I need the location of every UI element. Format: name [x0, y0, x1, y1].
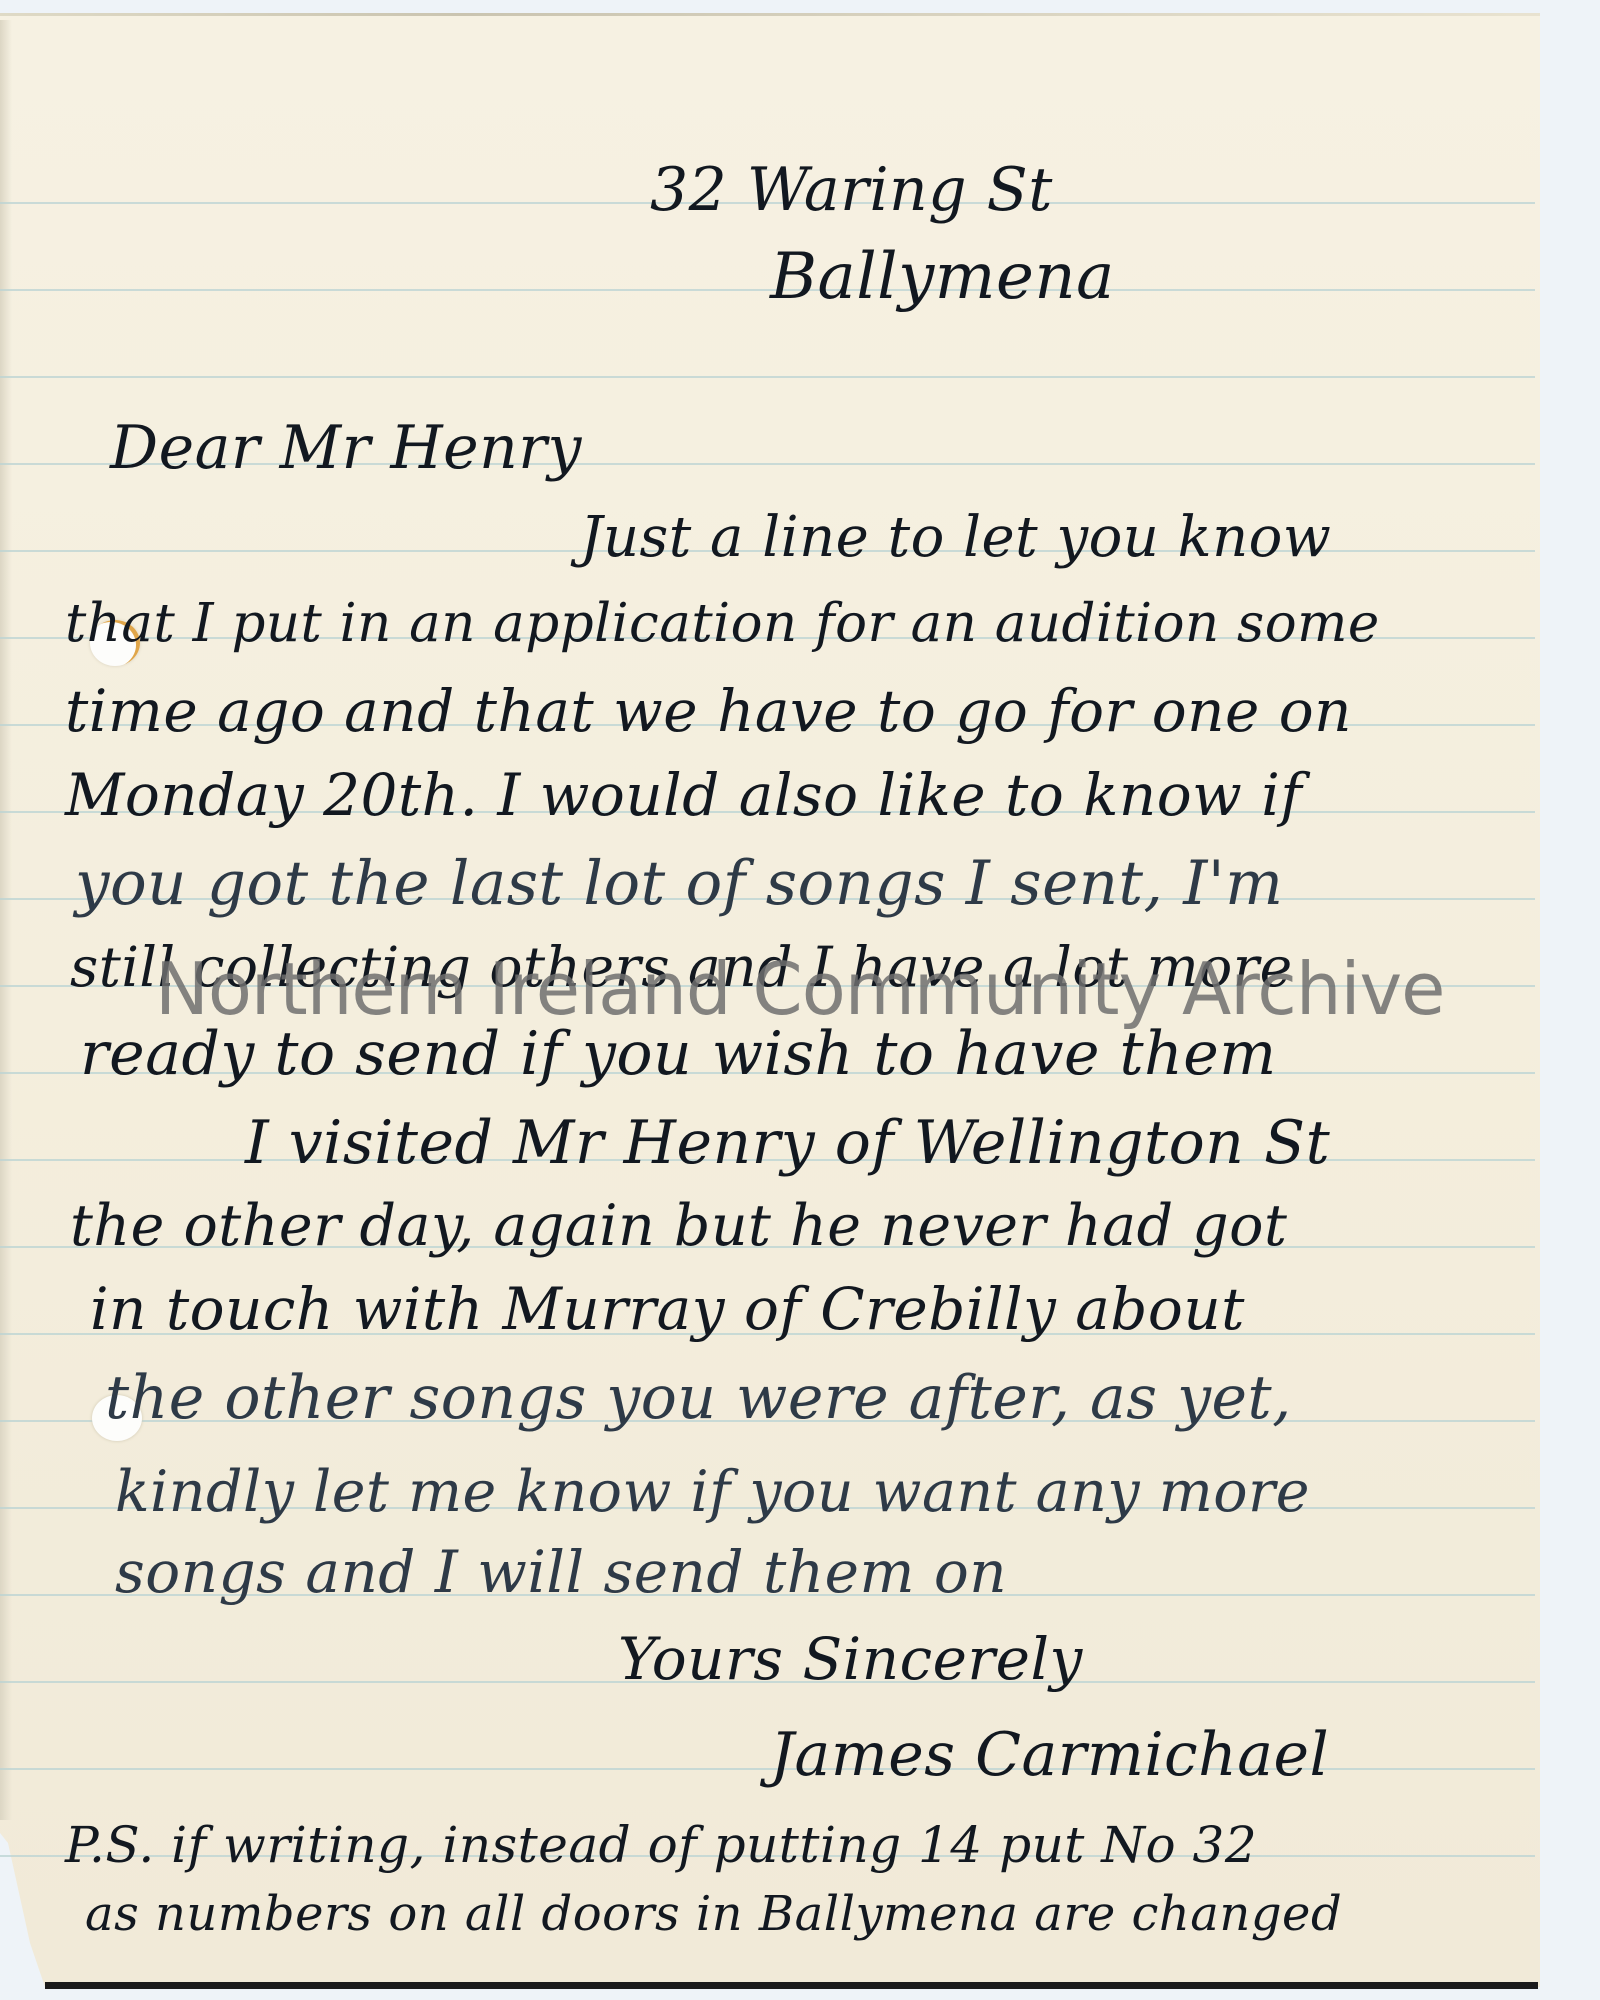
- body-line: I visited Mr Henry of Wellington St: [245, 1113, 1330, 1173]
- body-line: in touch with Murray of Crebilly about: [90, 1280, 1245, 1338]
- body-line: time ago and that we have to go for one …: [65, 682, 1352, 740]
- body-line: that I put in an application for an audi…: [65, 597, 1380, 650]
- closing: Yours Sincerely: [618, 1630, 1083, 1688]
- archive-watermark: Northern Ireland Community Archive: [155, 953, 1444, 1025]
- postscript-line: P.S. if writing, instead of putting 14 p…: [65, 1820, 1257, 1870]
- address-town: Ballymena: [770, 245, 1115, 309]
- signature: James Carmichael: [770, 1725, 1329, 1785]
- body-line: Just a line to let you know: [580, 510, 1331, 566]
- body-line: ready to send if you wish to have them: [80, 1024, 1277, 1084]
- body-line: Monday 20th. I would also like to know i…: [65, 766, 1302, 824]
- paper-bottom-shadow: [45, 1982, 1538, 1989]
- paper-top-edge: [0, 13, 1540, 16]
- body-line: the other day, again but he never had go…: [70, 1198, 1287, 1255]
- body-line: you got the last lot of songs I sent, I'…: [75, 853, 1283, 914]
- address-street: 32 Waring St: [650, 160, 1053, 220]
- body-line: the other songs you were after, as yet,: [105, 1368, 1292, 1428]
- body-line: kindly let me know if you want any more: [115, 1464, 1310, 1521]
- salutation: Dear Mr Henry: [110, 418, 582, 478]
- body-line: songs and I will send them on: [115, 1543, 1007, 1601]
- rule-line: [0, 376, 1535, 378]
- rule-line: [0, 289, 1535, 291]
- postscript-line: as numbers on all doors in Ballymena are…: [85, 1890, 1342, 1938]
